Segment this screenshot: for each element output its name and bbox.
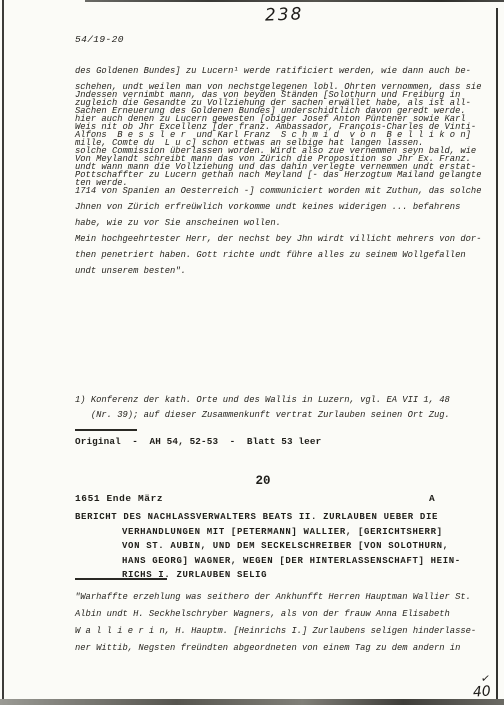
text-line: Mein hochgeehrtester Herr, der nechst be… [75, 231, 487, 247]
text-line: des Goldenen Bundes] zu Lucern¹ werde ra… [75, 63, 487, 79]
text-line: Weis nit ob Jhr Excellenz [der franz. Am… [75, 119, 487, 135]
letter-paragraph-1: des Goldenen Bundes] zu Lucern¹ werde ra… [75, 63, 487, 79]
entry-title-lines: BERICHT DES NACHLASSVERWALTERS BEATS II.… [75, 510, 455, 583]
entry-number: 20 [0, 474, 504, 488]
entry-date: 1651 Ende März [75, 493, 163, 504]
scan-edge-left [2, 0, 4, 705]
text-line: VON ST. AUBIN, UND DEM SECKELSCHREIBER [… [122, 539, 455, 554]
text-line: ner Wittib, Negsten freündten abgeordnet… [75, 640, 487, 657]
text-line: W a l l i e r i n, H. Hauptm. [Heinrichs… [75, 623, 487, 640]
scanned-document-page: 238 54/19-20 des Goldenen Bundes] zu Luc… [0, 0, 504, 705]
text-line: Sachen Erneuerung des Goldenen Bundes] u… [75, 103, 487, 119]
text-line: (Nr. 39); auf dieser Zusammenkunft vertr… [75, 408, 487, 423]
text-line: HANS GEORG] WAGNER, WEGEN [DER HINTERLAS… [122, 554, 455, 569]
text-line: Albin undt H. Seckhelschryber Wagners, a… [75, 606, 487, 623]
text-line: Jndessen vernimbt mann, das von beyden S… [75, 87, 487, 103]
text-line: BERICHT DES NACHLASSVERWALTERS BEATS II.… [75, 510, 455, 525]
letter-transcription: des Goldenen Bundes] zu Lucern¹ werde ra… [75, 63, 487, 103]
footnote: 1) Konferenz der kath. Orte und des Wall… [75, 393, 487, 423]
text-line: Jhnen von Zürich erfreüwlich vorkomme un… [75, 199, 487, 215]
text-line: Von Meylandt schreibt mann das von Züric… [75, 151, 487, 167]
text-line: VERHANDLUNGEN MIT [PETERMANN] WALLIER, [… [122, 525, 455, 540]
title-separator-rule [75, 578, 167, 580]
footnote-separator-rule [75, 429, 137, 431]
text-line: Pottschaffter zu Lucern gethan nach Meyl… [75, 167, 487, 183]
text-line: 1714 von Spanien an Oesterreich -] commu… [75, 183, 487, 199]
scan-edge-bottom [0, 699, 504, 705]
text-line: habe, wie zu vor Sie anscheinen wollen. [75, 215, 487, 231]
handwritten-corner-number: 40 [472, 683, 491, 700]
text-line: then penetriert haben. Gott richte undt … [75, 247, 487, 263]
text-line: 1) Konferenz der kath. Orte und des Wall… [75, 393, 487, 408]
entry-quote: "Warhaffte erzehlung was seithero der An… [75, 589, 487, 657]
scan-edge-right [496, 8, 498, 705]
letter-paragraph-2: Jndessen vernimbt mann, das von beyden S… [75, 87, 487, 103]
entry-siglum: A [429, 493, 435, 504]
text-line: undt unserem besten". [75, 263, 487, 279]
text-line: "Warhaffte erzehlung was seithero der An… [75, 589, 487, 606]
archive-reference: 54/19-20 [75, 34, 124, 45]
scan-edge-top [85, 0, 504, 2]
handwritten-page-number: 238 [265, 4, 304, 25]
source-provenance-line: Original - AH 54, 52-53 - Blatt 53 leer [75, 436, 321, 447]
text-line: RICHS I. ZURLAUBEN SELIG [122, 568, 455, 583]
